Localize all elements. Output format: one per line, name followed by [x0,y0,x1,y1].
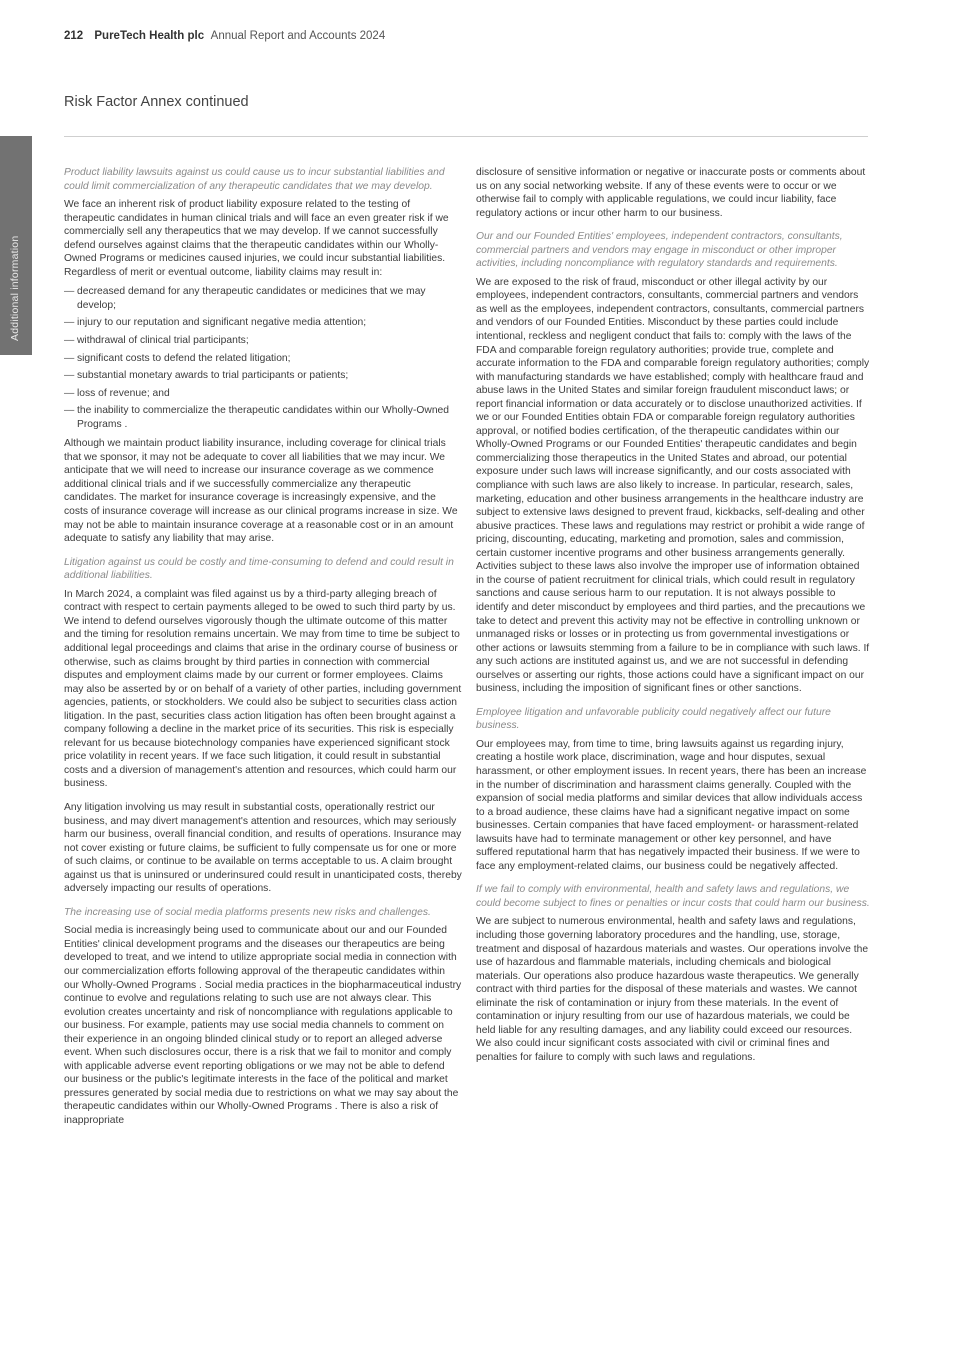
risk-heading: If we fail to comply with environmental,… [476,883,870,910]
list-item: substantial monetary awards to trial par… [64,369,462,383]
list-item: withdrawal of clinical trial participant… [64,334,462,348]
risk-section-litigation: Litigation against us could be costly an… [64,556,462,896]
list-item: injury to our reputation and significant… [64,316,462,330]
running-header: 212 PureTech Health plc Annual Report an… [64,30,385,42]
paragraph: Social media is increasingly being used … [64,924,462,1127]
list-item: significant costs to defend the related … [64,352,462,366]
paragraph: Any litigation involving us may result i… [64,801,462,896]
risk-section-product-liability: Product liability lawsuits against us co… [64,166,462,546]
paragraph: We face an inherent risk of product liab… [64,198,462,279]
paragraph: We are subject to numerous environmental… [476,915,870,1064]
page-number: 212 [64,30,83,42]
list-item: loss of revenue; and [64,387,462,401]
risk-heading: Product liability lawsuits against us co… [64,166,462,193]
paragraph: Our employees may, from time to time, br… [476,738,870,873]
paragraph: We are exposed to the risk of fraud, mis… [476,276,870,696]
risk-section-employee-litigation: Employee litigation and unfavorable publ… [476,706,870,874]
risk-heading: Employee litigation and unfavorable publ… [476,706,870,733]
liability-claims-list: decreased demand for any therapeutic can… [64,285,462,431]
right-column: disclosure of sensitive information or n… [476,166,870,1074]
section-title: Risk Factor Annex continued [64,94,249,110]
risk-section-misconduct: Our and our Founded Entities' employees,… [476,230,870,696]
paragraph: Although we maintain product liability i… [64,437,462,545]
risk-section-environmental: If we fail to comply with environmental,… [476,883,870,1064]
header-divider [64,136,868,137]
side-tab-label: Additional information [9,236,21,341]
left-column: Product liability lawsuits against us co… [64,166,462,1138]
risk-heading: Our and our Founded Entities' employees,… [476,230,870,271]
list-item: the inability to commercialize the thera… [64,404,462,431]
side-section-tab: Additional information [0,136,32,355]
risk-section-social-media: The increasing use of social media platf… [64,906,462,1128]
continued-paragraph: disclosure of sensitive information or n… [476,166,870,220]
list-item: decreased demand for any therapeutic can… [64,285,462,312]
report-title: Annual Report and Accounts 2024 [211,30,386,42]
company-name: PureTech Health plc [94,30,204,42]
risk-heading: Litigation against us could be costly an… [64,556,462,583]
paragraph: In March 2024, a complaint was filed aga… [64,588,462,791]
risk-heading: The increasing use of social media platf… [64,906,462,920]
